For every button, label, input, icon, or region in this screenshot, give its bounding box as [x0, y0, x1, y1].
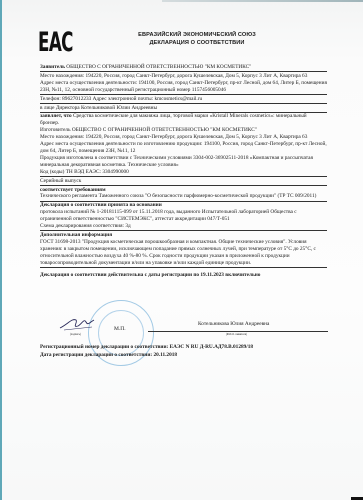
- title-declaration: ДЕКЛАРАЦИЯ О СООТВЕТСТВИИ: [112, 39, 282, 47]
- declares-text: Средства косметические для макияжа лица,…: [40, 113, 307, 126]
- signature-icon: [58, 314, 98, 334]
- registration-number: ЕАЭС N RU Д-RU.АД78.В.01289/18: [170, 344, 253, 350]
- declaration-scheme: Схема декларирования соответствия: 3д: [40, 223, 327, 230]
- basis-text: протокола испытаний № 1-20181115-099 от …: [40, 209, 327, 223]
- applicant-row: Заявитель ОБЩЕСТВО С ОГРАНИЧЕННОЙ ОТВЕТС…: [40, 64, 327, 71]
- document-title: ЕВРАЗИЙСКИЙ ЭКОНОМИЧЕСКИЙ СОЮЗ ДЕКЛАРАЦИ…: [112, 31, 282, 47]
- declaration-page: ЕАС ЕВРАЗИЙСКИЙ ЭКОНОМИЧЕСКИЙ СОЮЗ ДЕКЛА…: [0, 0, 363, 500]
- declares-label: заявляет, что: [40, 113, 72, 119]
- registration-number-label: Регистрационный номер декларации о соотв…: [40, 344, 168, 350]
- registration-date: 20.11.2018: [153, 352, 177, 358]
- declares-row: заявляет, что Средства косметические для…: [40, 113, 327, 127]
- signature-block: (подпись) М.П. Котельникова Юлия Андреев…: [40, 318, 327, 342]
- applicant-name: ОБЩЕСТВО С ОГРАНИЧЕННОЙ ОТВЕТСТВЕННОСТЬЮ…: [66, 64, 251, 70]
- fio-caption: (Ф.И.О. заявителя): [226, 333, 247, 336]
- divider: [40, 267, 327, 268]
- eac-logo: ЕАС: [38, 30, 68, 56]
- registration-date-label: Дата регистрации декларации о соответств…: [40, 352, 152, 358]
- validity-statement: Декларация о соответствии действительна …: [40, 272, 327, 279]
- representative: в лице Директора Котельниковой Юлии Андр…: [40, 105, 327, 112]
- manufacturer-name: ОБЩЕСТВО С ОГРАНИЧЕННОЙ ОТВЕТСТВЕННОСТЬЮ…: [72, 127, 257, 133]
- registration-block: Регистрационный номер декларации о соотв…: [40, 343, 327, 359]
- applicant-location: Место нахождения: 194220, Россия, город …: [40, 73, 327, 80]
- manufacturer-production-address: Адрес места осуществления деятельности п…: [40, 141, 327, 155]
- manufacturer-label: Изготовитель: [40, 127, 71, 133]
- requirements-text: Технического регламента Таможенного союз…: [40, 193, 327, 200]
- title-union: ЕВРАЗИЙСКИЙ ЭКОНОМИЧЕСКИЙ СОЮЗ: [112, 31, 282, 39]
- release-type: Серийный выпуск: [40, 178, 327, 185]
- signer-name: Котельникова Юлия Андреевна: [198, 321, 269, 327]
- top-edge-shadow: [162, 0, 363, 2]
- manufacturer-tech-conditions: Продукция изготовлена в соответствии с Т…: [40, 155, 327, 169]
- applicant-label: Заявитель: [40, 64, 65, 70]
- applicant-contacts: Телефон: 89627012233 Адрес электронной п…: [40, 96, 327, 103]
- additional-info-text: ГОСТ 31698-2013 "Продукция косметическая…: [40, 239, 327, 267]
- additional-info-label: Дополнительная информация: [40, 232, 327, 239]
- registration-number-row: Регистрационный номер декларации о соотв…: [40, 343, 327, 351]
- document-body: Заявитель ОБЩЕСТВО С ОГРАНИЧЕННОЙ ОТВЕТС…: [40, 64, 327, 279]
- stamp-place-label: М.П.: [114, 326, 126, 332]
- tn-ved-code: Код (коды) ТН ВЭД ЕАЭС: 3304990000: [40, 169, 327, 176]
- signature-caption: (подпись): [70, 333, 81, 336]
- applicant-activity-address: Адрес места осуществления деятельности: …: [40, 80, 327, 94]
- registration-date-row: Дата регистрации декларации о соответств…: [40, 351, 327, 359]
- eac-logo-text: ЕАС: [38, 30, 73, 56]
